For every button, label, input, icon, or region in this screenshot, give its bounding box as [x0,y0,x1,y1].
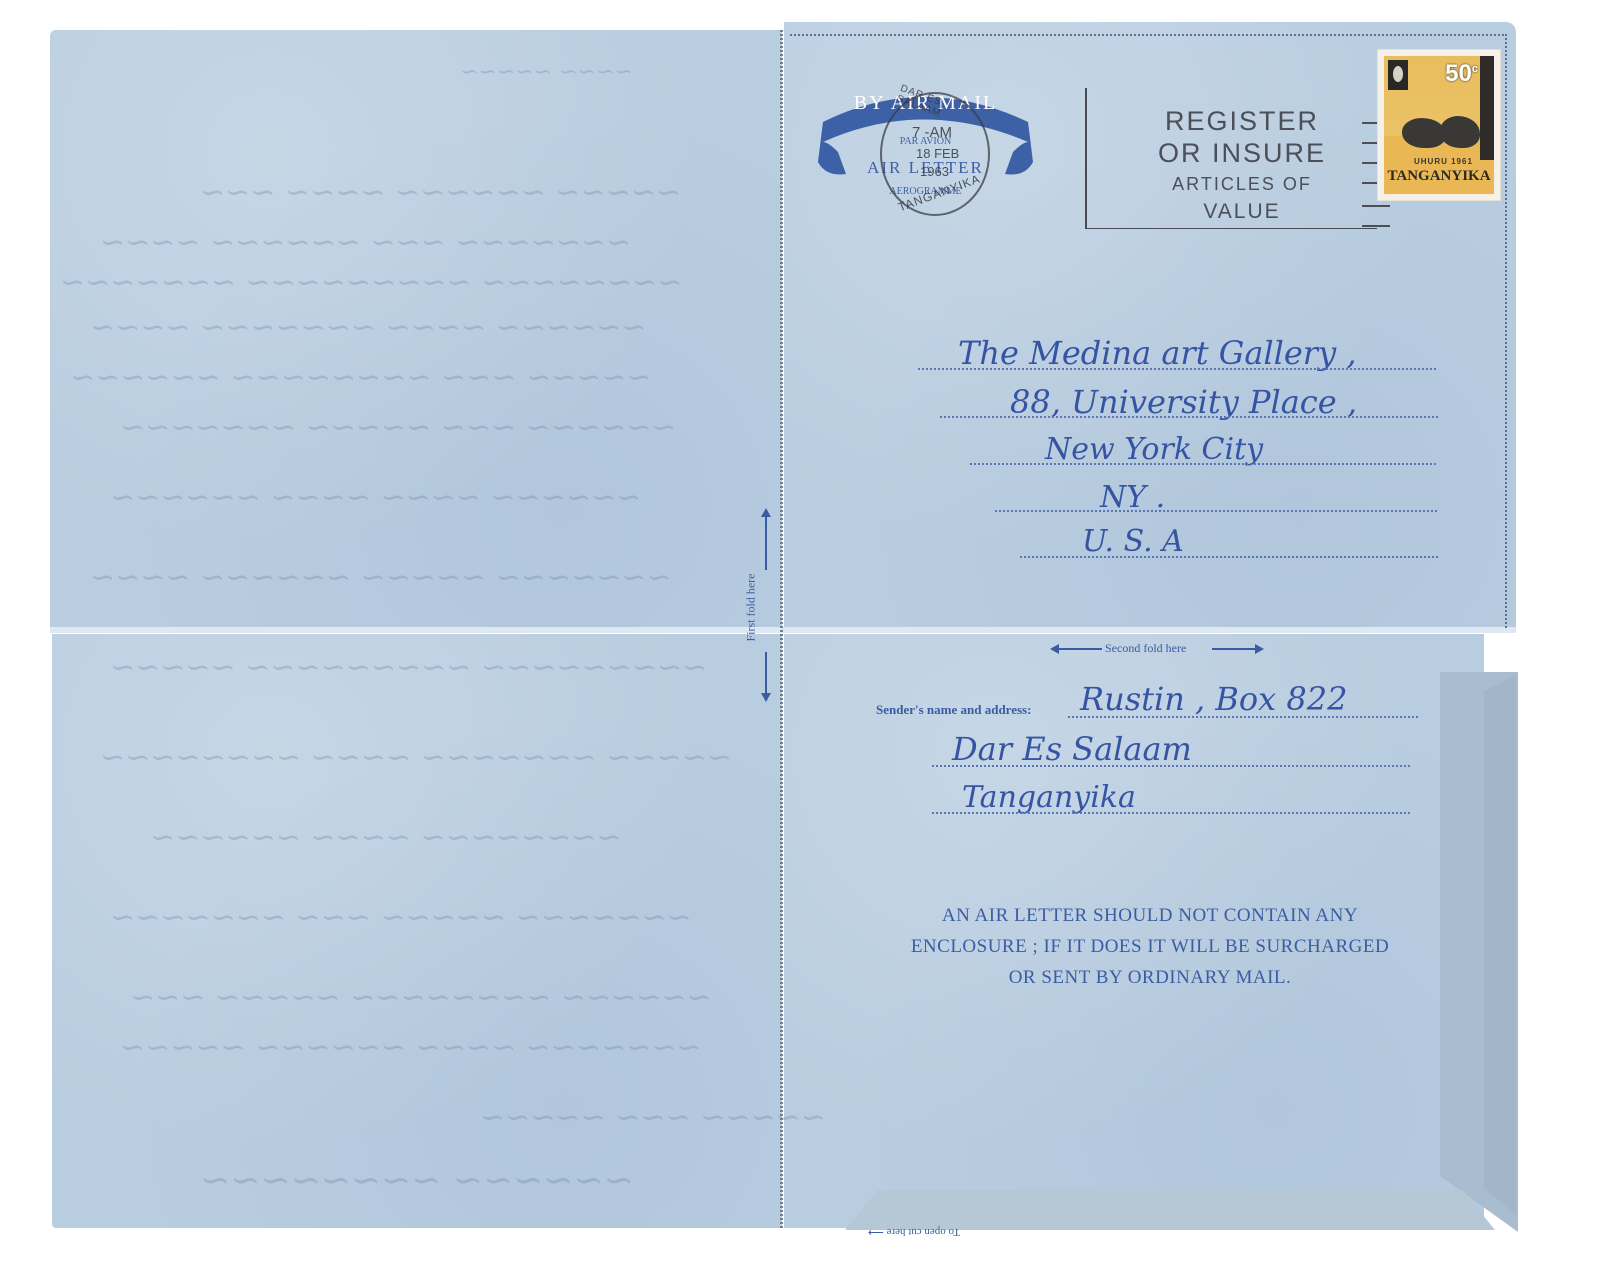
enclosure-warning: AN AIR LETTER SHOULD NOT CONTAIN ANY ENC… [850,900,1450,993]
postmark-date: 18 FEB [916,146,959,161]
warning-line-3: OR SENT BY ORDINARY MAIL. [850,962,1450,993]
postmark-time: 7 -AM [912,124,952,141]
sender-label: Sender's name and address: [876,702,1031,718]
top-perforation [790,34,1505,36]
recipient-line: The Medina art Gallery , [958,334,1357,372]
slogan-line-3: ARTICLES OF [1097,174,1387,195]
cut-here-label: To open cut here ⟶ [868,1226,960,1239]
stamp-caption: UHURU 1961 [1414,157,1473,166]
slogan-line-2: OR INSURE [1097,138,1387,169]
postage-stamp: 50c UHURU 1961 TANGANYIKA [1378,50,1500,200]
lion-icon [1440,116,1480,148]
portrait-icon [1388,60,1408,90]
postmark-year: 1963 [920,164,949,179]
postmark: DAR ES SALAAM 7 -AM 18 FEB 1963 TANGANYI… [880,92,990,216]
arrow-right-icon: ⟶ [868,1226,884,1238]
stamp-value-number: 50 [1445,60,1472,87]
sender-line: Tanganyika [962,780,1136,815]
bottom-sealing-flap[interactable] [845,1190,1495,1230]
stamp-currency: c [1472,63,1478,75]
slogan-cancel: REGISTER OR INSURE ARTICLES OF VALUE [1085,88,1377,229]
sender-line: Dar Es Salaam [952,730,1192,768]
right-perforation [1505,34,1507,628]
recipient-line: U. S. A [1082,524,1184,559]
sender-line: Rustin , Box 822 [1080,680,1347,718]
stamp-value: 50c [1445,60,1478,88]
vertical-perforation [780,30,783,1230]
horizontal-fold-crease [50,627,1516,633]
slogan-line-4: VALUE [1097,200,1387,224]
warning-line-1: AN AIR LETTER SHOULD NOT CONTAIN ANY [850,900,1450,931]
second-fold-label: Second fold here [1105,641,1186,656]
first-fold-label: First fold here [744,574,759,642]
recipient-line: New York City [1045,432,1263,467]
stamp-country: TANGANYIKA [1386,168,1492,185]
slogan-line-1: REGISTER [1097,106,1387,137]
cut-here-text: To open cut here [887,1226,960,1238]
warning-line-2: ENCLOSURE ; IF IT DOES IT WILL BE SURCHA… [850,931,1450,962]
